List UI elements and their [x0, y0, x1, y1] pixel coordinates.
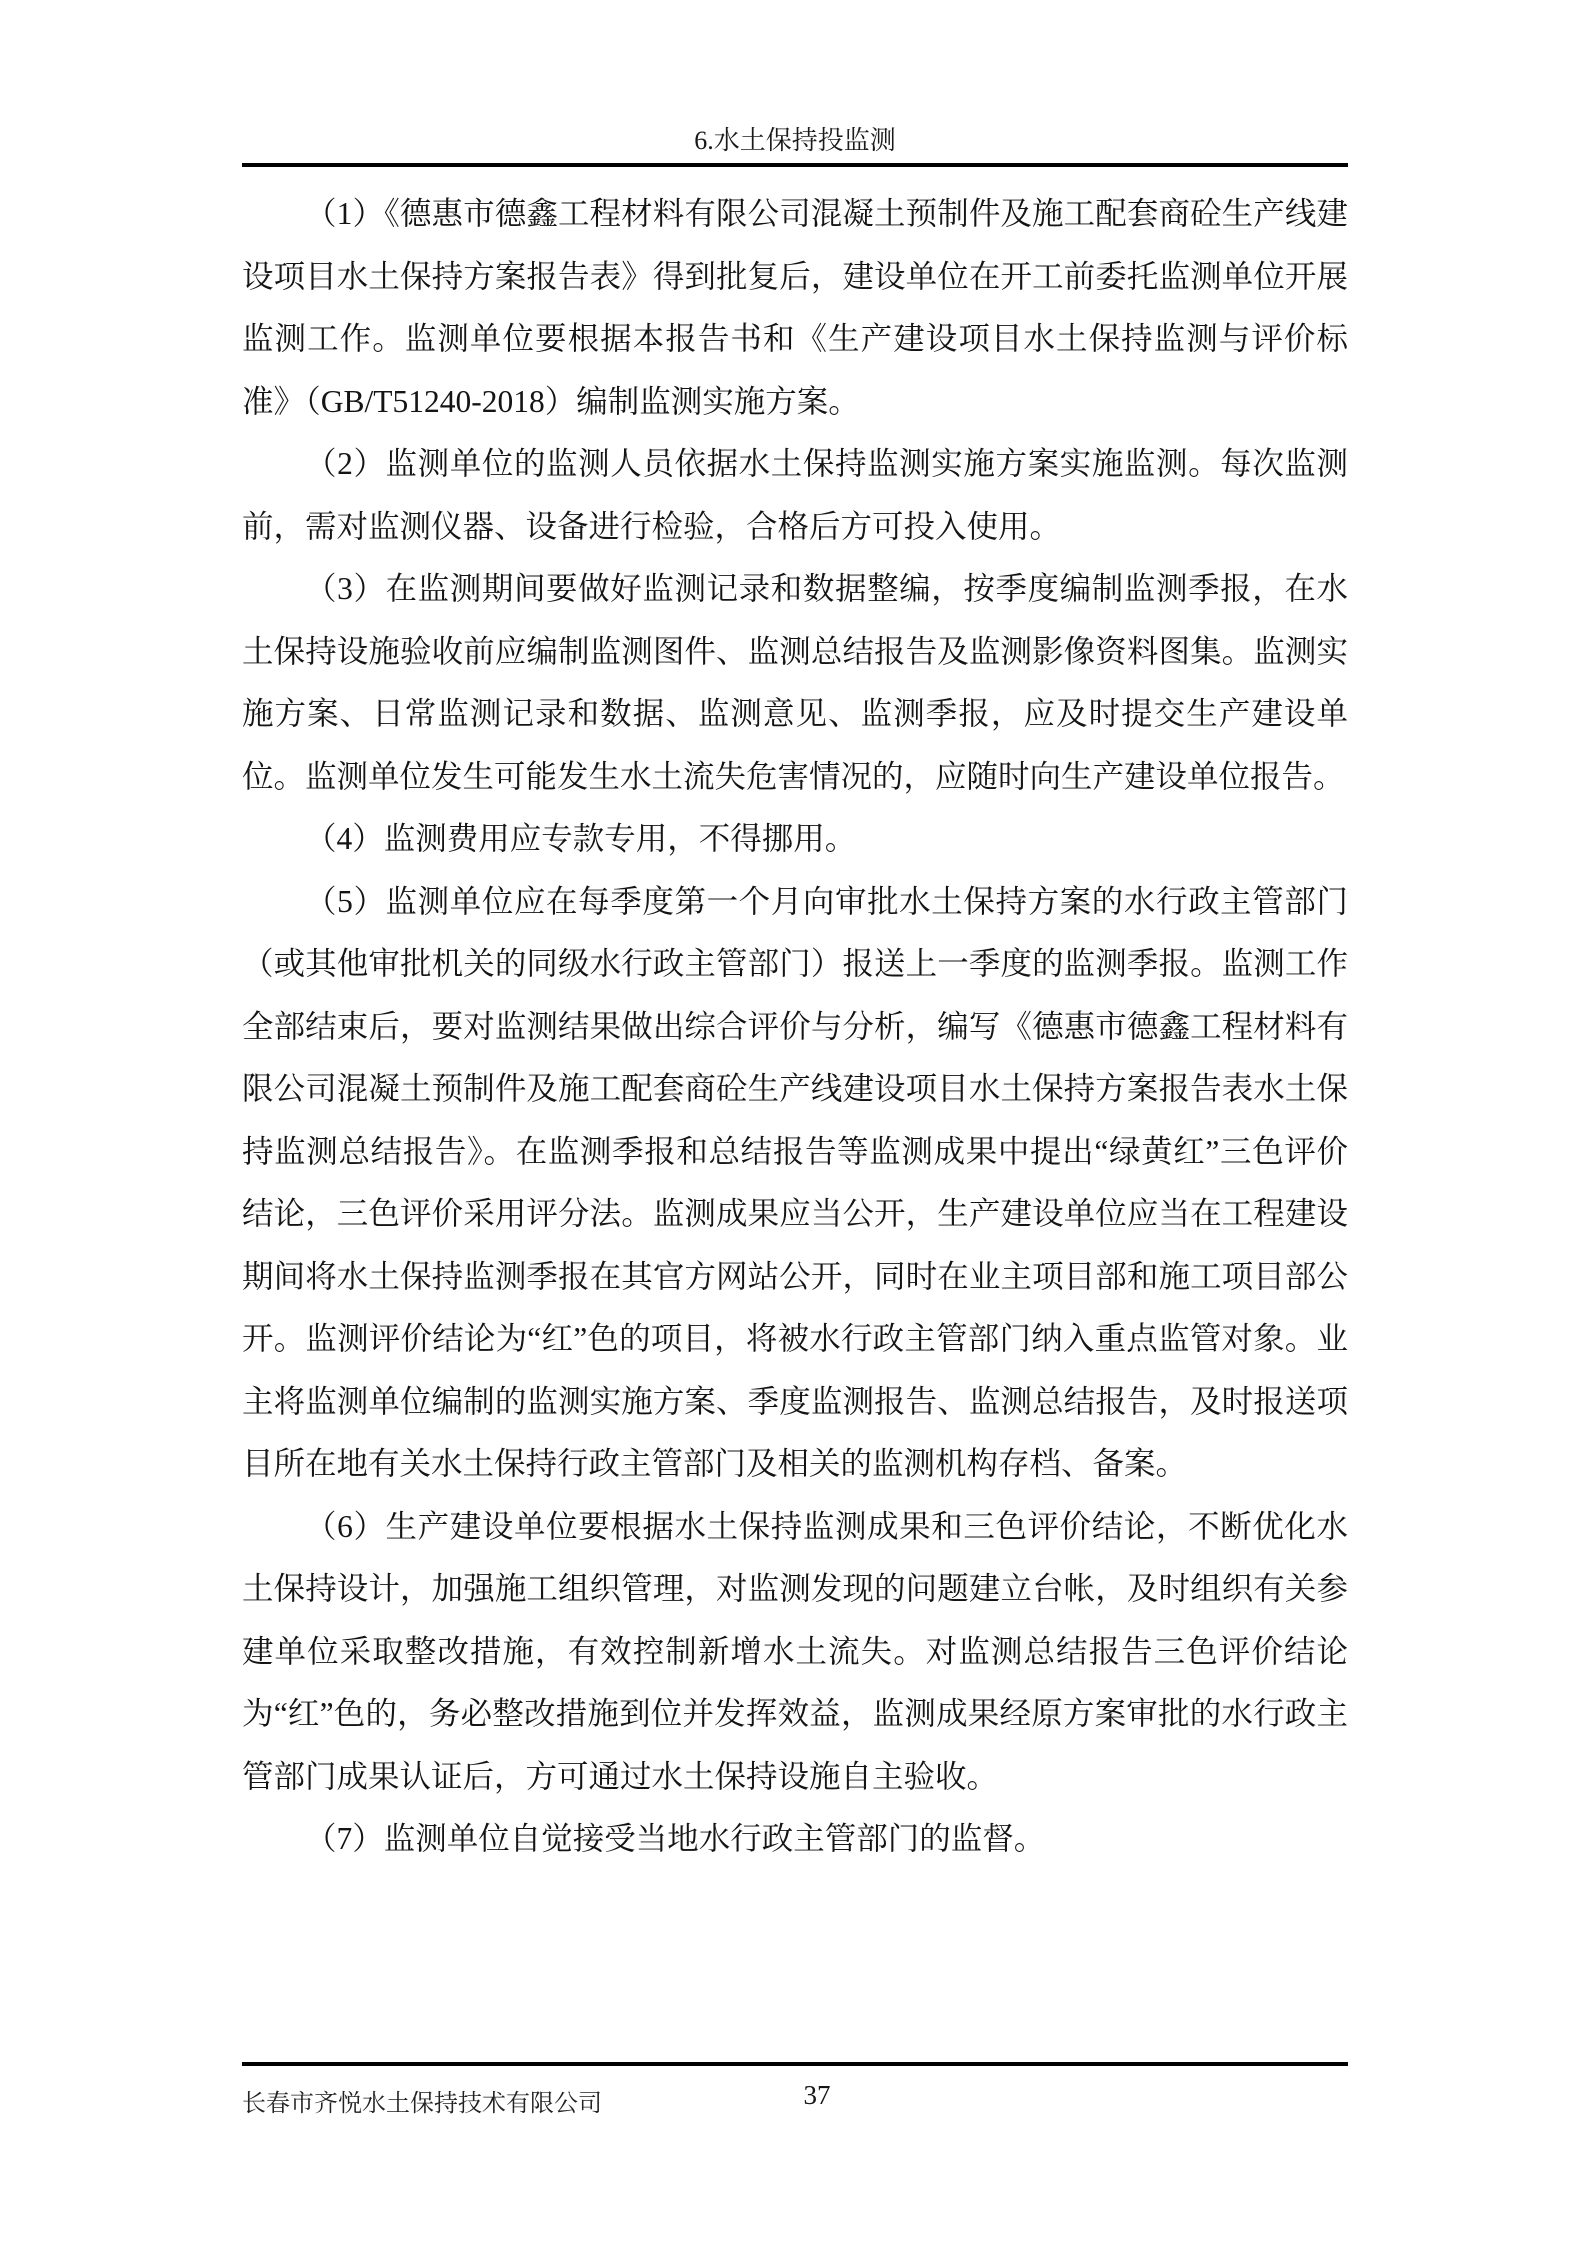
page-header: 6.水土保持投监测 — [242, 119, 1348, 163]
footer-company: 长春市齐悦水土保持技术有限公司 — [242, 2083, 602, 2118]
body-paragraph: （7）监测单位自觉接受当地水行政主管部门的监督。 — [242, 1808, 1348, 1871]
body-paragraph: （5）监测单位应在每季度第一个月向审批水土保持方案的水行政主管部门（或其他审批机… — [242, 871, 1348, 1496]
header-rule — [242, 163, 1348, 167]
body-paragraph: （2）监测单位的监测人员依据水土保持监测实施方案实施监测。每次监测前，需对监测仪… — [242, 433, 1348, 558]
document-page: 6.水土保持投监测 （1）《德惠市德鑫工程材料有限公司混凝土预制件及施工配套商砼… — [0, 0, 1587, 2245]
page-number: 37 — [804, 2080, 831, 2111]
document-body: （1）《德惠市德鑫工程材料有限公司混凝土预制件及施工配套商砼生产线建设项目水土保… — [242, 183, 1348, 1871]
body-paragraph: （1）《德惠市德鑫工程材料有限公司混凝土预制件及施工配套商砼生产线建设项目水土保… — [242, 183, 1348, 433]
page-footer: 长春市齐悦水土保持技术有限公司 37 — [242, 2062, 1348, 2136]
body-paragraph: （6）生产建设单位要根据水土保持监测成果和三色评价结论，不断优化水土保持设计，加… — [242, 1496, 1348, 1809]
body-paragraph: （4）监测费用应专款专用，不得挪用。 — [242, 808, 1348, 871]
body-paragraph: （3）在监测期间要做好监测记录和数据整编，按季度编制监测季报，在水土保持设施验收… — [242, 558, 1348, 808]
chapter-title: 6.水土保持投监测 — [694, 126, 896, 155]
